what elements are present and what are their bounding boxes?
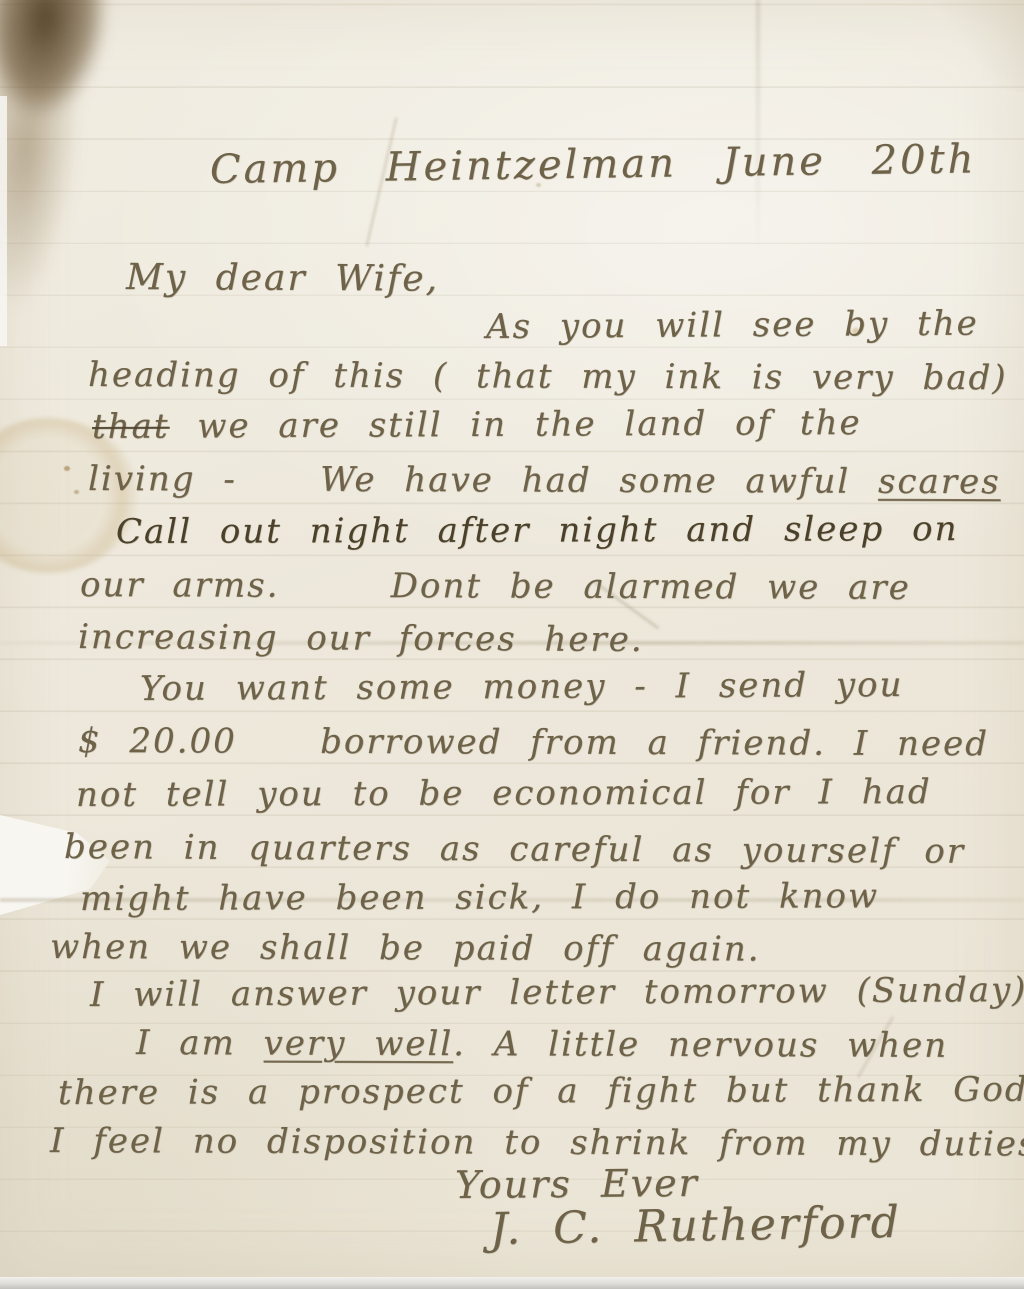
letter-text-run: there is a prospect of a fight but thank…	[58, 1070, 1024, 1113]
letter-line: increasing our forces here.	[78, 620, 644, 657]
letter-line: Call out night after night and sleep on	[116, 512, 959, 549]
letter-line: living - We have had some awful scares	[88, 462, 1001, 499]
letter-line: I am very well. A little nervous when	[136, 1026, 948, 1063]
letter-line: that we are still in the land of the	[92, 406, 862, 444]
letter-text-run: living - We have had some awful	[88, 459, 878, 502]
letter-line: heading of this ( that my ink is very ba…	[88, 358, 1008, 395]
letter-text-run: I am	[136, 1023, 264, 1063]
letter-line: I feel no disposition to shrink from my …	[50, 1124, 1024, 1161]
scan-background: Camp Heintzelman June 20th 1863My dear W…	[0, 0, 1024, 1289]
letter-line: I will answer your letter tomorrow (Sund…	[90, 973, 1024, 1012]
letter-text-run: You want some money - I send you	[140, 665, 904, 709]
letter-line: $ 20.00 borrowed from a friend. I need	[78, 724, 989, 761]
letter-text-run: Call out night after night and sleep on	[116, 509, 959, 552]
letter-text-run: not tell you to be economical for I had	[76, 772, 932, 815]
letter-text-run: As you will see by the	[486, 304, 979, 347]
salutation-line: My dear Wife,	[126, 260, 439, 298]
letter-text-run: we are still in the land of the	[169, 403, 861, 447]
letter-text-run: very well	[263, 1023, 453, 1064]
letter-text-run: that	[92, 407, 170, 447]
letter-text-run: our arms. Dont be alarmed we are	[80, 565, 911, 608]
letter-line: might have been sick, I do not know	[80, 879, 879, 916]
letter-line: been in quarters as careful as yourself …	[64, 830, 965, 869]
letter-text-run: . A little nervous when	[453, 1024, 948, 1066]
closing-line: Yours Ever	[455, 1164, 699, 1204]
letter-text-run: Camp Heintzelman June 20th 1863	[210, 134, 1024, 193]
heading-line: Camp Heintzelman June 20th 1863	[210, 137, 1024, 190]
letter-paper: Camp Heintzelman June 20th 1863My dear W…	[0, 0, 1024, 1279]
letter-text-run: My dear Wife,	[126, 257, 439, 300]
letter-text-run: increasing our forces here.	[78, 617, 644, 660]
letter-text-run: $ 20.00 borrowed from a friend. I need	[78, 721, 989, 764]
letter-line: when we shall be paid off again.	[50, 930, 761, 966]
letter-text-run: I feel no disposition to shrink from my …	[50, 1121, 1024, 1164]
scan-edge-left	[0, 96, 7, 346]
scan-edge-bottom	[0, 1277, 1024, 1289]
letter-text-run: scares	[878, 462, 1001, 502]
letter-line: You want some money - I send you	[140, 668, 904, 706]
signature-line: J. C. Rutherford	[490, 1201, 902, 1252]
letter-line: our arms. Dont be alarmed we are	[80, 568, 911, 605]
letter-text-run: might have been sick, I do not know	[80, 876, 879, 919]
letter-text-run: I will answer your letter tomorrow (Sund…	[90, 970, 1024, 1015]
letter-body: Camp Heintzelman June 20th 1863My dear W…	[0, 0, 1024, 1279]
letter-text-run: heading of this ( that my ink is very ba…	[88, 355, 1008, 398]
letter-text-run: J. C. Rutherford	[490, 1197, 902, 1255]
letter-text-run: been in quarters as careful as yourself …	[64, 827, 965, 872]
letter-text-run: when we shall be paid off again.	[50, 927, 761, 969]
letter-line: not tell you to be economical for I had	[76, 775, 932, 812]
letter-line: there is a prospect of a fight but thank…	[58, 1073, 1024, 1110]
letter-line: As you will see by the	[486, 307, 979, 344]
